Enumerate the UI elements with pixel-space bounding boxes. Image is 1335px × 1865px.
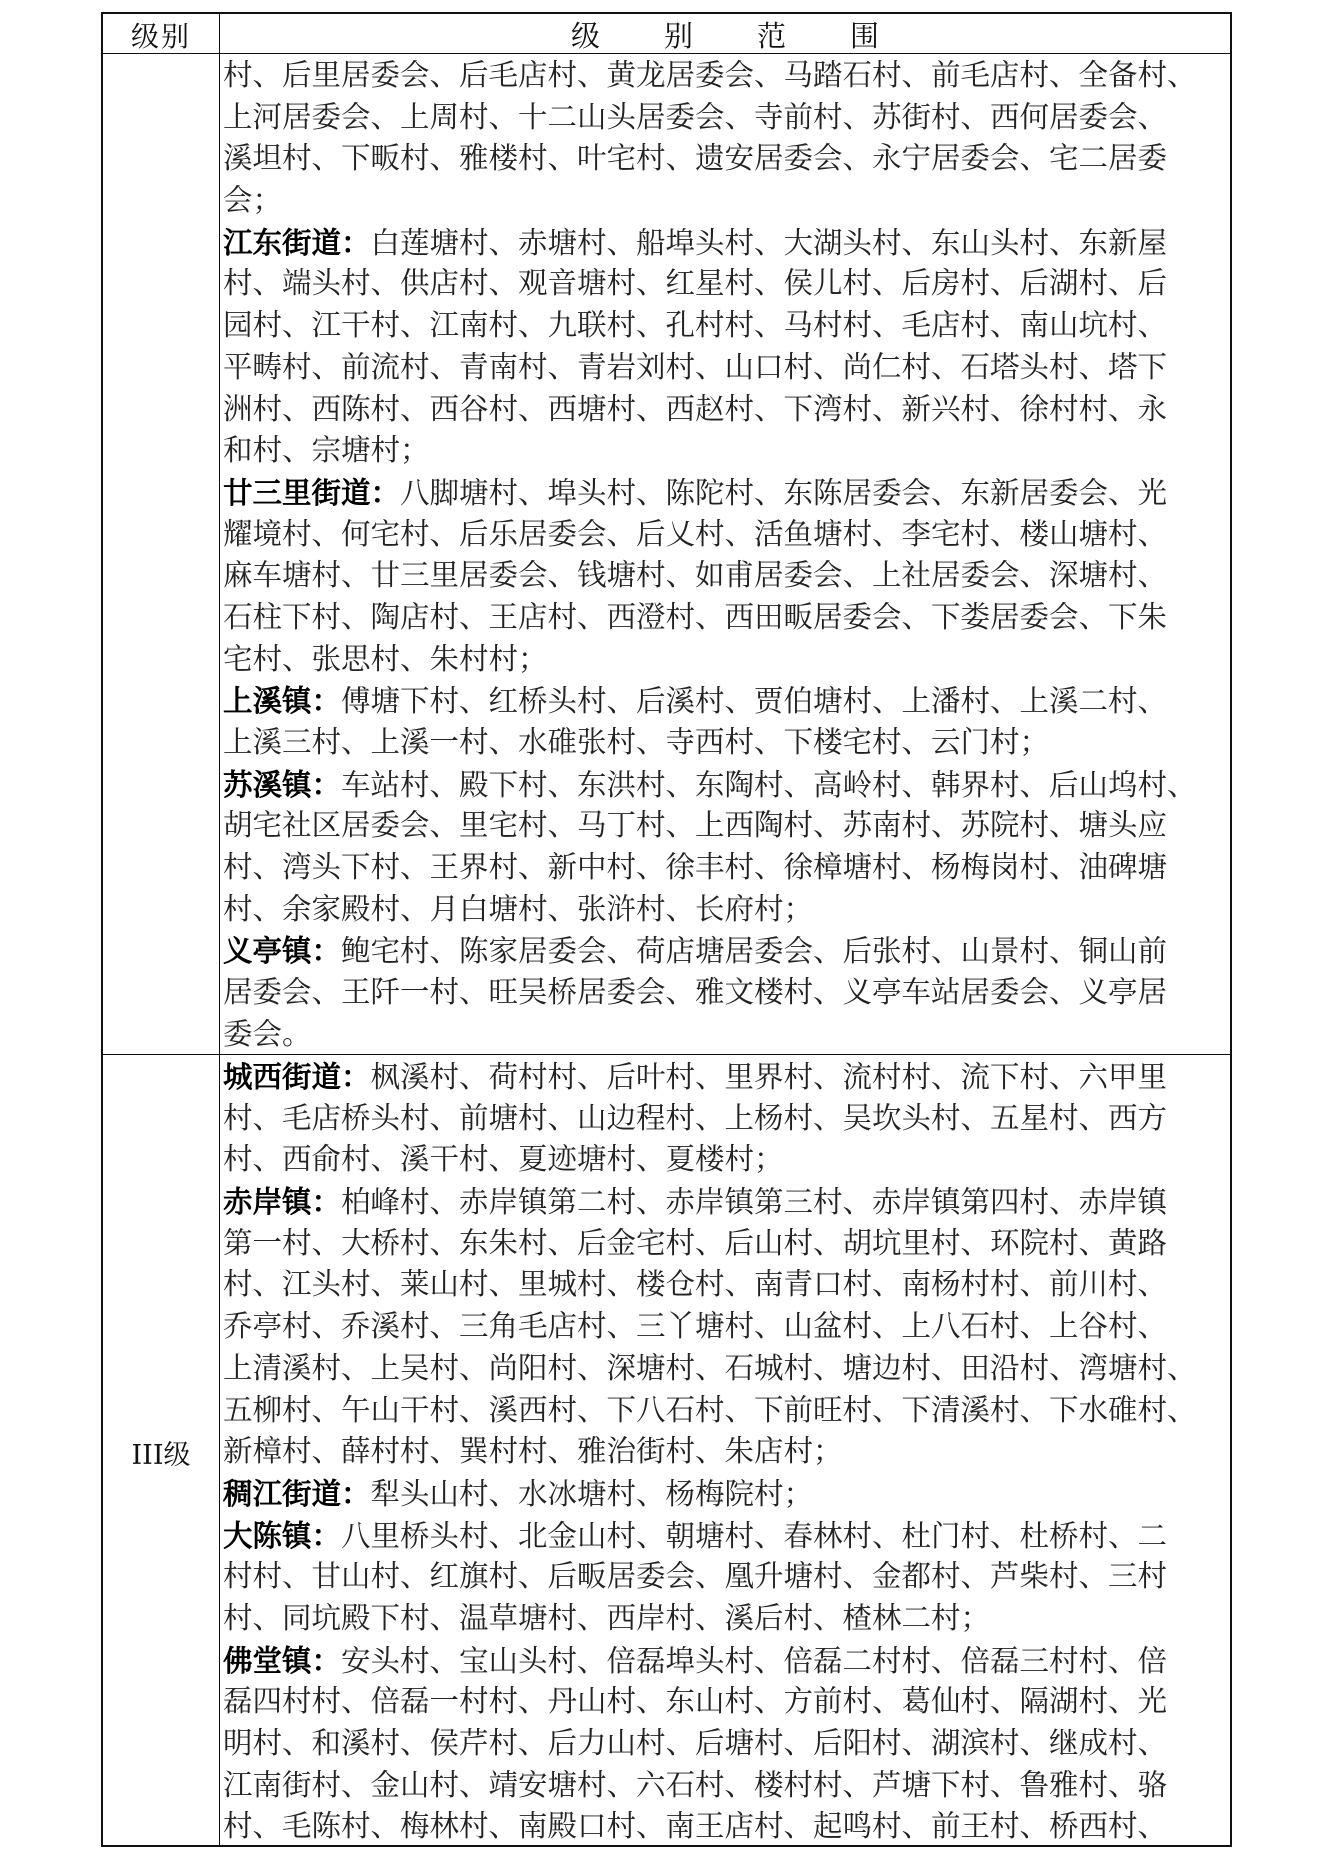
village-list-text: 枫溪村、荷村村、后叶村、里界村、流村村、流下村、六甲里 — [371, 1060, 1168, 1094]
village-list-text: 居委会、王阡一村、旺吴桥居委会、雅文楼村、义亭车站居委会、义亭居 — [223, 975, 1167, 1009]
district-name: 上溪镇： — [223, 683, 341, 718]
village-list-text: 白莲塘村、赤塘村、船埠头村、大湖头村、东山头村、东新屋 — [371, 226, 1168, 260]
range-text-line: 村、毛陈村、梅林村、南殿口村、南王店村、起鸣村、前王村、桥西村、 — [223, 1806, 1228, 1848]
village-list-text: 傅塘下村、红桥头村、后溪村、贾伯塘村、上潘村、上溪二村、 — [341, 684, 1167, 718]
village-list-text: 磊四村村、倍磊一村村、丹山村、东山村、方前村、葛仙村、隔湖村、光 — [223, 1684, 1167, 1718]
village-list-text: 明村、和溪村、侯芹村、后力山村、后塘村、后阳村、湖滨村、继成村、 — [223, 1726, 1167, 1760]
range-text-line: 江东街道：白莲塘村、赤塘村、船埠头村、大湖头村、东山头村、东新屋 — [223, 222, 1228, 264]
range-text-line: 洲村、西陈村、西谷村、西塘村、西赵村、下湾村、新兴村、徐村村、永 — [223, 389, 1228, 431]
district-name: 城西街道： — [223, 1059, 371, 1094]
village-list-text: 安头村、宝山头村、倍磊埠头村、倍磊二村村、倍磊三村村、倍 — [341, 1644, 1167, 1678]
village-list-text: 会； — [223, 183, 282, 217]
range-text-line: 村、余家殿村、月白塘村、张浒村、长府村； — [223, 889, 1228, 931]
district-name: 义亭镇： — [223, 933, 341, 968]
range-text-line: 江南街村、金山村、靖安塘村、六石村、楼村村、芦塘下村、鲁雅村、骆 — [223, 1765, 1228, 1807]
village-list-text: 溪坦村、下畈村、雅楼村、叶宅村、遗安居委会、永宁居委会、宅二居委 — [223, 141, 1167, 175]
range-text-line: 园村、江干村、江南村、九联村、孔村村、马村村、毛店村、南山坑村、 — [223, 305, 1228, 347]
header-range-char: 级 — [571, 14, 600, 55]
village-list-text: 村、端头村、供店村、观音塘村、红星村、侯儿村、后房村、后湖村、后 — [223, 266, 1167, 300]
range-text-line: 苏溪镇：车站村、殿下村、东洪村、东陶村、高岭村、韩界村、后山坞村、 — [223, 764, 1228, 806]
village-list-text: 八脚塘村、埠头村、陈陀村、东陈居委会、东新居委会、光 — [400, 476, 1167, 510]
section-divider — [103, 1054, 1230, 1055]
level-label-iii: III级 — [103, 1056, 219, 1849]
district-name: 大陈镇： — [223, 1518, 341, 1553]
village-list-text: 村、毛陈村、梅林村、南殿口村、南王店村、起鸣村、前王村、桥西村、 — [223, 1809, 1167, 1843]
header-range-char: 围 — [850, 14, 879, 55]
range-text-line: 会； — [223, 180, 1228, 222]
district-name: 苏溪镇： — [223, 767, 341, 802]
range-text-line: 新樟村、薛村村、巽村村、雅治街村、朱店村； — [223, 1431, 1228, 1473]
range-text-line: 村、江头村、莱山村、里城村、楼仓村、南青口村、南杨村村、前川村、 — [223, 1264, 1228, 1306]
range-text-line: 麻车塘村、廿三里居委会、钱塘村、如甫居委会、上社居委会、深塘村、 — [223, 555, 1228, 597]
village-list-text: 车站村、殿下村、东洪村、东陶村、高岭村、韩界村、后山坞村、 — [341, 768, 1197, 802]
range-text-line: 佛堂镇：安头村、宝山头村、倍磊埠头村、倍磊二村村、倍磊三村村、倍 — [223, 1640, 1228, 1682]
village-list-text: 柏峰村、赤岸镇第二村、赤岸镇第三村、赤岸镇第四村、赤岸镇 — [341, 1185, 1167, 1219]
range-text-line: 廿三里街道：八脚塘村、埠头村、陈陀村、东陈居委会、东新居委会、光 — [223, 472, 1228, 514]
range-text-line: 村、同坑殿下村、温草塘村、西岸村、溪后村、楂林二村； — [223, 1598, 1228, 1640]
village-list-text: 宅村、张思村、朱村村； — [223, 642, 548, 676]
village-list-text: 石柱下村、陶店村、王店村、西澄村、西田畈居委会、下娄居委会、下朱 — [223, 600, 1167, 634]
village-list-text: 胡宅社区居委会、里宅村、马丁村、上西陶村、苏南村、苏院村、塘头应 — [223, 808, 1167, 842]
village-list-text: 洲村、西陈村、西谷村、西塘村、西赵村、下湾村、新兴村、徐村村、永 — [223, 392, 1167, 426]
range-text-line: 五柳村、午山干村、溪西村、下八石村、下前旺村、下清溪村、下水碓村、 — [223, 1390, 1228, 1432]
range-cell-ii: 村、后里居委会、后毛店村、黄龙居委会、马踏石村、前毛店村、全备村、上河居委会、上… — [220, 55, 1230, 1056]
range-text-line: 大陈镇：八里桥头村、北金山村、朝塘村、春林村、杜门村、杜桥村、二 — [223, 1515, 1228, 1557]
header-divider — [103, 53, 1230, 54]
range-text-line: 乔亭村、乔溪村、三角毛店村、三丫塘村、山盆村、上八石村、上谷村、 — [223, 1306, 1228, 1348]
village-list-text: 新樟村、薛村村、巽村村、雅治街村、朱店村； — [223, 1434, 843, 1468]
range-text-line: 平畴村、前流村、青南村、青岩刘村、山口村、尚仁村、石塔头村、塔下 — [223, 347, 1228, 389]
range-text-line: 磊四村村、倍磊一村村、丹山村、东山村、方前村、葛仙村、隔湖村、光 — [223, 1681, 1228, 1723]
district-name: 赤岸镇： — [223, 1184, 341, 1219]
village-list-text: 村、同坑殿下村、温草塘村、西岸村、溪后村、楂林二村； — [223, 1601, 990, 1635]
district-name: 稠江街道： — [223, 1476, 371, 1511]
village-list-text: 鲍宅村、陈家居委会、荷店塘居委会、后张村、山景村、铜山前 — [341, 934, 1167, 968]
village-list-text: 园村、江干村、江南村、九联村、孔村村、马村村、毛店村、南山坑村、 — [223, 308, 1167, 342]
level-range-table: 级别 级 别 范 围 村、后里居委会、后毛店村、黄龙居委会、马踏石村、前毛店村、… — [101, 12, 1232, 1847]
village-list-text: 村、毛店桥头村、前塘村、山边程村、上杨村、吴坎头村、五星村、西方 — [223, 1101, 1167, 1135]
range-text-line: 耀境村、何宅村、后乐居委会、后乂村、活鱼塘村、李宅村、楼山塘村、 — [223, 514, 1228, 556]
range-text-line: 城西街道：枫溪村、荷村村、后叶村、里界村、流村村、流下村、六甲里 — [223, 1056, 1228, 1098]
district-name: 廿三里街道： — [223, 475, 400, 510]
range-text-line: 明村、和溪村、侯芹村、后力山村、后塘村、后阳村、湖滨村、继成村、 — [223, 1723, 1228, 1765]
village-list-text: 第一村、大桥村、东朱村、后金宅村、后山村、胡坑里村、环院村、黄路 — [223, 1226, 1167, 1260]
village-list-text: 麻车塘村、廿三里居委会、钱塘村、如甫居委会、上社居委会、深塘村、 — [223, 558, 1167, 592]
village-list-text: 村、余家殿村、月白塘村、张浒村、长府村； — [223, 892, 813, 926]
village-list-text: 上河居委会、上周村、十二山头居委会、寺前村、苏街村、西何居委会、 — [223, 100, 1167, 134]
village-list-text: 犁头山村、水冰塘村、杨梅院村； — [371, 1477, 814, 1511]
village-list-text: 乔亭村、乔溪村、三角毛店村、三丫塘村、山盆村、上八石村、上谷村、 — [223, 1309, 1167, 1343]
village-list-text: 八里桥头村、北金山村、朝塘村、春林村、杜门村、杜桥村、二 — [341, 1519, 1167, 1553]
range-text-line: 村村、甘山村、红旗村、后畈居委会、凰升塘村、金都村、芦柴村、三村 — [223, 1556, 1228, 1598]
range-text-line: 胡宅社区居委会、里宅村、马丁村、上西陶村、苏南村、苏院村、塘头应 — [223, 805, 1228, 847]
village-list-text: 五柳村、午山干村、溪西村、下八石村、下前旺村、下清溪村、下水碓村、 — [223, 1393, 1197, 1427]
village-list-text: 和村、宗塘村； — [223, 433, 430, 467]
district-name: 江东街道： — [223, 225, 371, 260]
header-range-column: 级 别 范 围 — [220, 14, 1230, 55]
range-text-line: 委会。 — [223, 1014, 1228, 1056]
level-label-ii — [103, 55, 219, 1056]
range-text-line: 村、湾头下村、王界村、新中村、徐丰村、徐樟塘村、杨梅岗村、油碑塘 — [223, 847, 1228, 889]
range-text-line: 上溪三村、上溪一村、水碓张村、寺西村、下楼宅村、云门村； — [223, 722, 1228, 764]
district-name: 佛堂镇： — [223, 1643, 341, 1678]
range-text-line: 村、后里居委会、后毛店村、黄龙居委会、马踏石村、前毛店村、全备村、 — [223, 55, 1228, 97]
range-text-line: 村、西俞村、溪干村、夏迹塘村、夏楼村； — [223, 1139, 1228, 1181]
range-text-line: 和村、宗塘村； — [223, 430, 1228, 472]
header-level-column: 级别 — [103, 14, 219, 55]
range-text-line: 居委会、王阡一村、旺吴桥居委会、雅文楼村、义亭车站居委会、义亭居 — [223, 972, 1228, 1014]
range-text-line: 赤岸镇：柏峰村、赤岸镇第二村、赤岸镇第三村、赤岸镇第四村、赤岸镇 — [223, 1181, 1228, 1223]
range-text-line: 上清溪村、上吴村、尚阳村、深塘村、石城村、塘边村、田沿村、湾塘村、 — [223, 1348, 1228, 1390]
range-cell-iii: 城西街道：枫溪村、荷村村、后叶村、里界村、流村村、流下村、六甲里村、毛店桥头村、… — [220, 1056, 1230, 1848]
header-range-char: 别 — [664, 14, 693, 55]
village-list-text: 委会。 — [223, 1017, 312, 1051]
village-list-text: 村、湾头下村、王界村、新中村、徐丰村、徐樟塘村、杨梅岗村、油碑塘 — [223, 850, 1167, 884]
village-list-text: 耀境村、何宅村、后乐居委会、后乂村、活鱼塘村、李宅村、楼山塘村、 — [223, 517, 1167, 551]
header-range-char: 范 — [757, 14, 786, 55]
village-list-text: 上溪三村、上溪一村、水碓张村、寺西村、下楼宅村、云门村； — [223, 725, 1049, 759]
range-text-line: 上河居委会、上周村、十二山头居委会、寺前村、苏街村、西何居委会、 — [223, 97, 1228, 139]
village-list-text: 村村、甘山村、红旗村、后畈居委会、凰升塘村、金都村、芦柴村、三村 — [223, 1559, 1167, 1593]
range-text-line: 宅村、张思村、朱村村； — [223, 639, 1228, 681]
range-text-line: 村、毛店桥头村、前塘村、山边程村、上杨村、吴坎头村、五星村、西方 — [223, 1098, 1228, 1140]
village-list-text: 平畴村、前流村、青南村、青岩刘村、山口村、尚仁村、石塔头村、塔下 — [223, 350, 1167, 384]
range-text-line: 第一村、大桥村、东朱村、后金宅村、后山村、胡坑里村、环院村、黄路 — [223, 1223, 1228, 1265]
range-text-line: 上溪镇：傅塘下村、红桥头村、后溪村、贾伯塘村、上潘村、上溪二村、 — [223, 680, 1228, 722]
range-text-line: 稠江街道：犁头山村、水冰塘村、杨梅院村； — [223, 1473, 1228, 1515]
village-list-text: 村、西俞村、溪干村、夏迹塘村、夏楼村； — [223, 1142, 784, 1176]
village-list-text: 上清溪村、上吴村、尚阳村、深塘村、石城村、塘边村、田沿村、湾塘村、 — [223, 1351, 1197, 1385]
range-text-line: 溪坦村、下畈村、雅楼村、叶宅村、遗安居委会、永宁居委会、宅二居委 — [223, 138, 1228, 180]
village-list-text: 江南街村、金山村、靖安塘村、六石村、楼村村、芦塘下村、鲁雅村、骆 — [223, 1768, 1167, 1802]
range-text-line: 村、端头村、供店村、观音塘村、红星村、侯儿村、后房村、后湖村、后 — [223, 263, 1228, 305]
village-list-text: 村、江头村、莱山村、里城村、楼仓村、南青口村、南杨村村、前川村、 — [223, 1267, 1167, 1301]
range-text-line: 石柱下村、陶店村、王店村、西澄村、西田畈居委会、下娄居委会、下朱 — [223, 597, 1228, 639]
village-list-text: 村、后里居委会、后毛店村、黄龙居委会、马踏石村、前毛店村、全备村、 — [223, 58, 1197, 92]
range-text-line: 义亭镇：鲍宅村、陈家居委会、荷店塘居委会、后张村、山景村、铜山前 — [223, 930, 1228, 972]
